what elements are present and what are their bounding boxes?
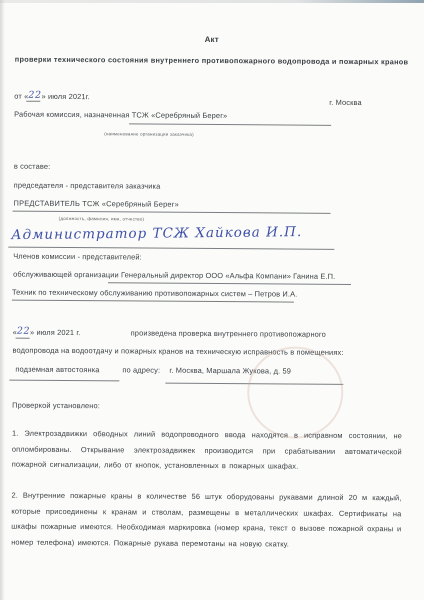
scanned-document-page: Акт проверки технического состояния внут… [0, 0, 424, 600]
faint-stamp-watermark [247, 346, 344, 439]
document-title: Акт [0, 34, 424, 46]
finding-item-1: 1. Электрозадвижки обводных линий водопр… [12, 426, 402, 476]
findings-label: Проверкой установлено: [12, 401, 100, 411]
day-blank-rule-2 [16, 338, 30, 339]
date-suffix: » июля 2021г. [41, 92, 89, 101]
technician-blank-rule [12, 300, 294, 303]
inspection-statement-line1: произведена проверка внутреннего противо… [131, 328, 326, 338]
position-name-caption: (должность, фамилия, имя, отчество) [36, 216, 166, 222]
organization-caption: (наименование организации заказчика) [59, 131, 239, 137]
handwritten-day: 22 [28, 90, 41, 101]
technician-line: Техник по техническому обслуживанию прот… [12, 288, 297, 299]
date-prefix: от « [14, 92, 28, 101]
handwritten-signature-name: Администратор ТСЖ Хайкова И.П. [11, 224, 302, 243]
inspection-date-suffix: » июля 2021 г. [30, 328, 81, 337]
organization-blank-rule [129, 123, 331, 125]
members-label: Членов комиссии - представителей: [13, 252, 142, 262]
commission-intro: Рабочая комиссия, назначенная [14, 110, 132, 120]
service-org-blank-rule [108, 282, 351, 285]
chairman-label: председателя - представителя заказчика [14, 181, 161, 191]
premises-blank-rule [9, 380, 119, 382]
service-org-line: обслуживающей организации Генеральный ди… [13, 270, 335, 281]
service-org-prefix: обслуживающей организации [13, 270, 121, 280]
signature-blank-rule [8, 247, 334, 250]
composition-label: в составе: [14, 162, 51, 171]
handwritten-day-2: 22 [17, 326, 30, 337]
representative-blank-rule [13, 211, 331, 214]
address-label: по адресу: [122, 365, 160, 374]
finding-item-2: 2. Внутренние пожарные краны в количеств… [11, 488, 401, 553]
commission-organization: ТСЖ «Серебряный Берег» [132, 110, 228, 120]
day-blank-rule [26, 101, 40, 102]
premises-value: подземная автостоянка [15, 365, 99, 375]
commission-line: Рабочая комиссия, назначенная ТСЖ «Сереб… [14, 110, 227, 120]
inspection-date-line: «22» июля 2021 г. [13, 327, 81, 338]
representative-line: ПРЕДСТАВИТЕЛЬ ТСЖ «Серебряный Берег» [14, 199, 179, 209]
city-label: г. Москва [329, 98, 362, 107]
document-subtitle: проверки технического состояния внутренн… [0, 55, 424, 67]
service-org-name: Генеральный директор ООО «Альфа Компани»… [121, 270, 335, 280]
document-content: Акт проверки технического состояния внут… [0, 0, 424, 600]
